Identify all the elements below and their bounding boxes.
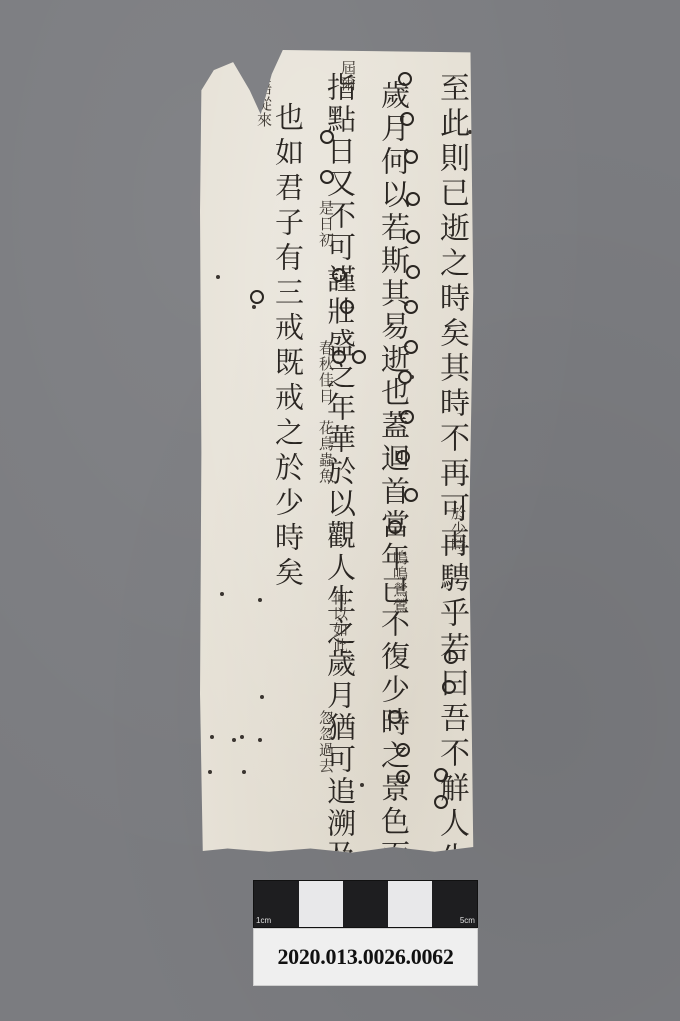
annotation-7: 何以如此 [332, 590, 347, 654]
punctuation-circle [442, 680, 456, 694]
punctuation-circle [406, 265, 420, 279]
ink-speck [258, 598, 262, 602]
scale-bar: 1cm 5cm [253, 880, 478, 928]
ink-speck [258, 738, 262, 742]
scale-segment-black: 5cm [432, 881, 477, 927]
punctuation-circle [332, 268, 346, 282]
ink-speck [220, 592, 224, 596]
scale-segment-white [299, 881, 344, 927]
annotation-3: 屆爾 [340, 60, 355, 92]
annotation-1: 於少時 [450, 505, 465, 553]
scale-segment-white [388, 881, 433, 927]
punctuation-circle [396, 743, 410, 757]
annotation-6: 花鳥蟲魚 [318, 420, 333, 484]
scale-segment-black: 1cm [254, 881, 299, 927]
ink-speck [260, 695, 264, 699]
annotation-2: 鳴鳴鶯鶯 [392, 550, 407, 614]
punctuation-circle [404, 340, 418, 354]
ink-speck [240, 735, 244, 739]
punctuation-circle [404, 488, 418, 502]
scale-segment-black [343, 881, 388, 927]
annotation-9: 悟從來 [256, 80, 271, 128]
punctuation-circle [398, 72, 412, 86]
ink-speck [252, 305, 256, 309]
annotation-8: 忽忽過去 [318, 710, 333, 774]
annotation-4: 是日初 [318, 200, 333, 248]
ink-speck [410, 375, 414, 379]
punctuation-circle [434, 768, 448, 782]
punctuation-circle [444, 650, 458, 664]
punctuation-circle [406, 192, 420, 206]
punctuation-circle [388, 710, 402, 724]
punctuation-circle [340, 300, 354, 314]
punctuation-circle [320, 170, 334, 184]
ink-speck [210, 735, 214, 739]
text-column-4: 也如君子有三戒既戒之於少時矣 [258, 102, 302, 855]
punctuation-circle [404, 150, 418, 164]
manuscript-fragment: 至此則已逝之時矣其時不再可再騁乎若曰吾不觧人生之 歲月何以若斯其易逝也蓋迴首當年… [200, 50, 476, 855]
ink-speck [468, 130, 472, 134]
ink-speck [242, 770, 246, 774]
punctuation-circle [396, 770, 410, 784]
punctuation-circle [404, 300, 418, 314]
punctuation-circle [406, 230, 420, 244]
text-column-1: 至此則已逝之時矣其時不再可再騁乎若曰吾不觧人生之 [412, 72, 466, 855]
punctuation-circle [396, 450, 410, 464]
punctuation-circle [320, 130, 334, 144]
scale-left-label: 1cm [256, 916, 271, 925]
text-column-2: 歲月何以若斯其易逝也蓋迴首當年已不復少時之景色而 [358, 80, 408, 855]
scale-right-label: 5cm [460, 916, 475, 925]
punctuation-circle [332, 350, 346, 364]
punctuation-circle [352, 350, 366, 364]
ink-speck [216, 275, 220, 279]
punctuation-circle [434, 795, 448, 809]
ink-speck [232, 738, 236, 742]
annotation-5: 春秋佳日 [318, 340, 333, 404]
ink-speck [360, 783, 364, 787]
punctuation-circle [388, 520, 402, 534]
punctuation-circle [250, 290, 264, 304]
ink-speck [208, 770, 212, 774]
punctuation-circle [400, 112, 414, 126]
catalog-number-label: 2020.013.0026.0062 [253, 928, 478, 986]
punctuation-circle [400, 410, 414, 424]
